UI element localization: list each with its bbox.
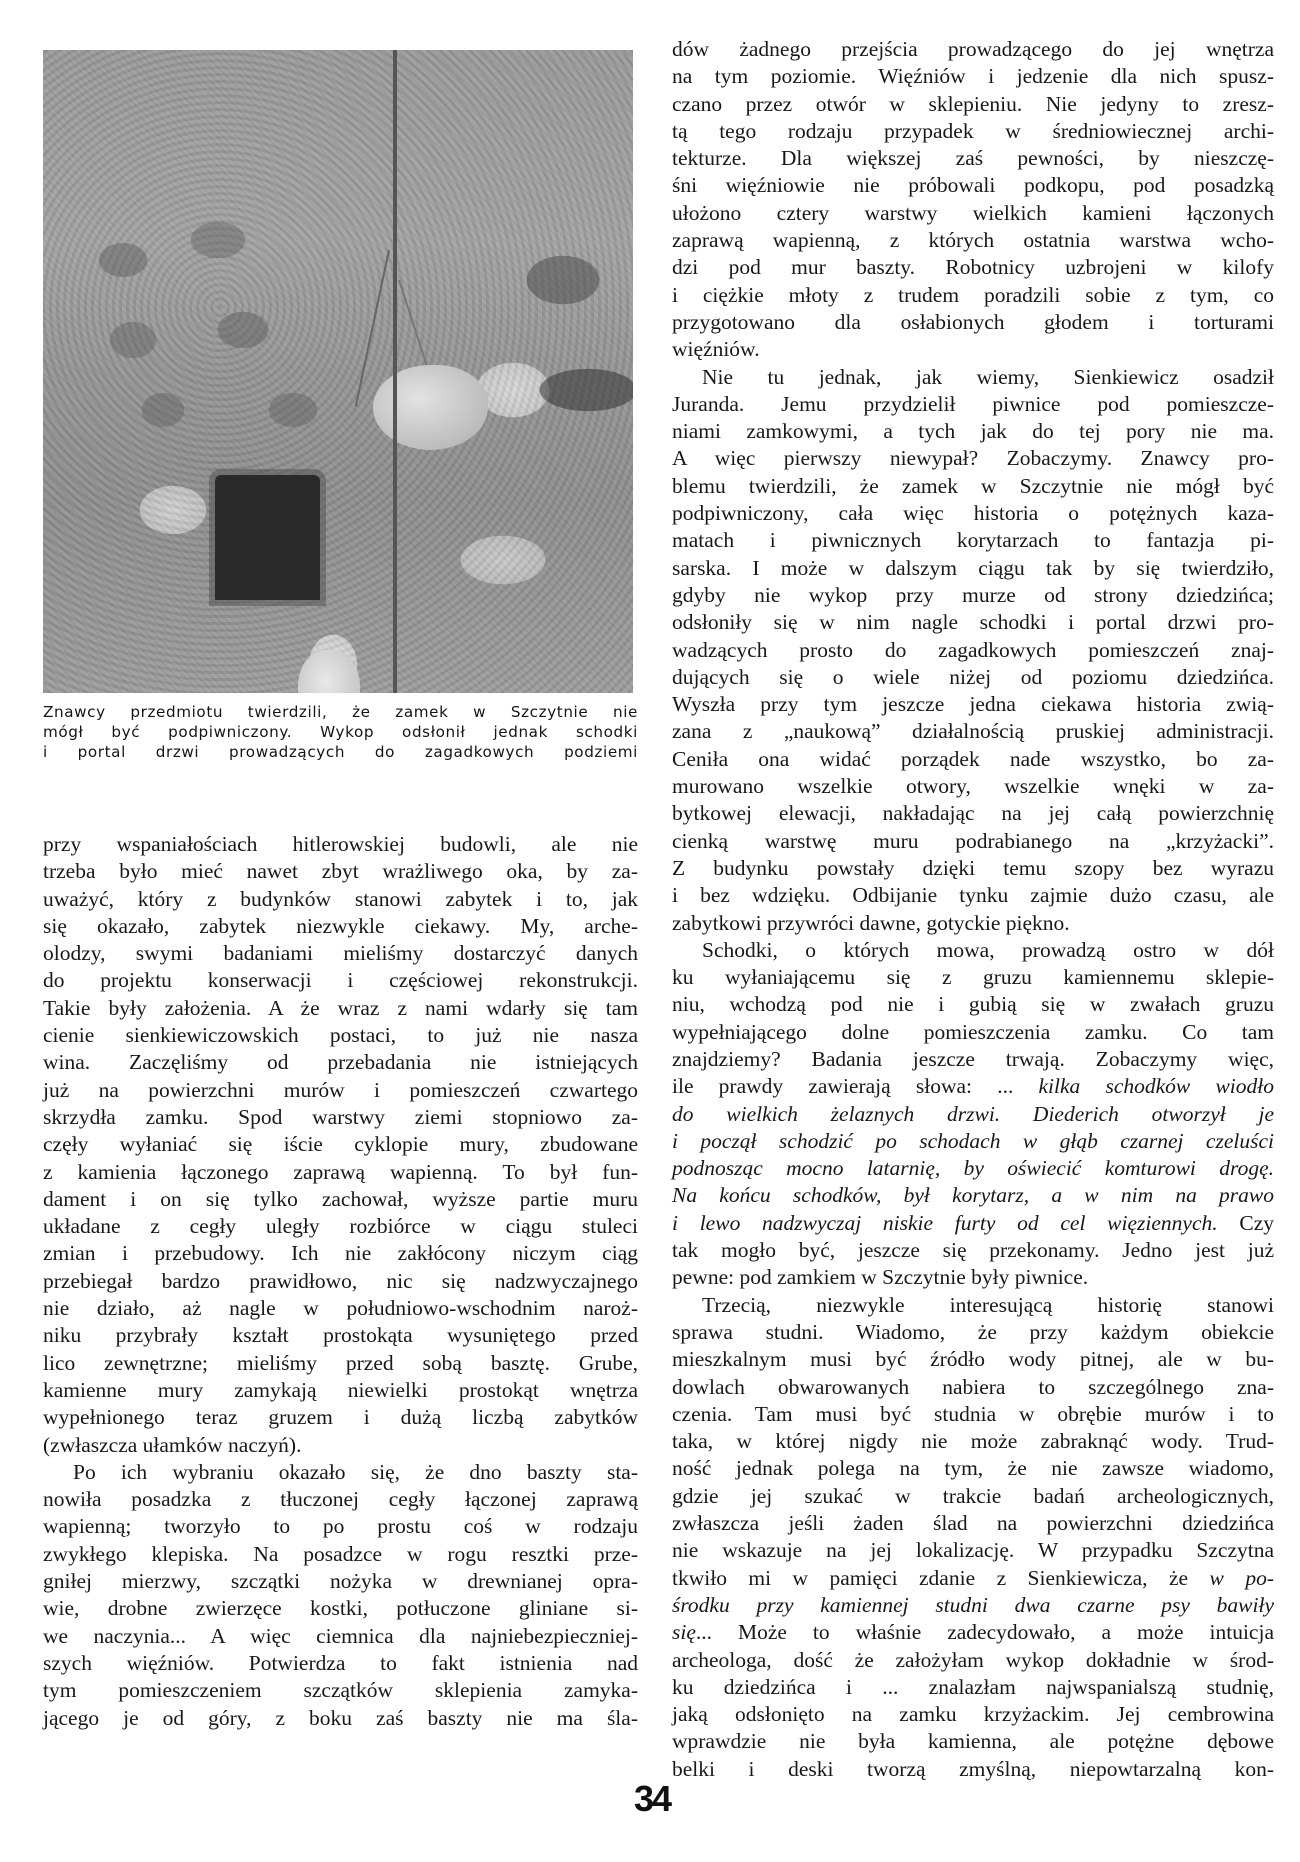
text-fragment: Czy [1218, 1211, 1274, 1235]
text-line: podpiwniczony, cała więc historia o potę… [672, 500, 1274, 527]
text-line: tą tego rodzaju przypadek w średniowiecz… [672, 118, 1274, 145]
text-line: sprawa studni. Wiadomo, że przy każdym o… [672, 1319, 1274, 1346]
text-line: nowiła posadzka z tłuczonej cegły łączon… [43, 1486, 638, 1513]
text-line: zabytkowi przywróci dawne, gotyckie pięk… [672, 910, 1274, 937]
text-line: wprawdzie nie była kamienna, ale potężne… [672, 1728, 1274, 1755]
quote-line: środku przy kamiennej studni dwa czarne … [672, 1592, 1274, 1619]
text-line: tym pomieszczeniem szczątków sklepienia … [43, 1677, 638, 1704]
paragraph-start-line: Po ich wybraniu okazało się, że dno basz… [43, 1459, 638, 1486]
text-line: Ceniła ona widać porządek nade wszystko,… [672, 746, 1274, 773]
text-line: czenia. Tam musi być studnia w obrębie m… [672, 1401, 1274, 1428]
text-fragment: tkwiło mi w pamięci zdanie z Sienkiewicz… [672, 1566, 1210, 1590]
quote-fragment: Na końcu schodków, był korytarz, a w nim… [672, 1183, 1274, 1207]
text-line: uważyć, który z budynków stanowi zabytek… [43, 886, 638, 913]
text-line: trzeba było mieć nawet zbyt wrażliwego o… [43, 858, 638, 885]
text-line: częły wyłaniać się iście cyklopie mury, … [43, 1131, 638, 1158]
quote-fragment: w po- [1210, 1566, 1274, 1590]
text-line: więźniów. [672, 336, 1274, 363]
text-line: cienką warstwę muru podrabianego na „krz… [672, 828, 1274, 855]
mixed-text-line: i lewo nadzwyczaj niskie furty od cel wi… [672, 1210, 1274, 1237]
text-line: dowlach obwarowanych nabiera to szczegól… [672, 1374, 1274, 1401]
text-line: tekturze. Dla większej zaś pewności, by … [672, 145, 1274, 172]
text-line: murowano wszelkie otwory, wszelkie wnęki… [672, 773, 1274, 800]
mixed-text-line: ile prawdy zawierają słowa: ... kilka sc… [672, 1073, 1274, 1100]
text-line: olodzy, swymi badaniami mieliśmy dostarc… [43, 940, 638, 967]
quote-fragment: środku przy kamiennej studni dwa czarne … [672, 1593, 1274, 1617]
text-line: i ciężkie młoty z trudem poradzili sobie… [672, 282, 1274, 309]
text-line: zwykłego klepiska. Na posadzce w rogu re… [43, 1541, 638, 1568]
quote-fragment: do wielkich żelaznych drzwi. Diederich o… [672, 1102, 1274, 1126]
text-line: się okazało, zabytek niezwykle ciekawy. … [43, 913, 638, 940]
text-line: Takie były założenia. A że wraz z nami w… [43, 995, 638, 1022]
text-line: Wyszła przy tym jeszcze jedna ciekawa hi… [672, 691, 1274, 718]
text-line: skrzydła zamku. Spod warstwy ziemi stopn… [43, 1104, 638, 1131]
mixed-text-line: się... Może to właśnie zadecydowało, a m… [672, 1619, 1274, 1646]
text-line: archeologa, dość że założyłam wykop dokł… [672, 1647, 1274, 1674]
text-line: sarska. I może w dalszym ciągu tak by si… [672, 555, 1274, 582]
text-line: już na powierzchni murów i pomieszczeń c… [43, 1077, 638, 1104]
quote-fragment: i lewo nadzwyczaj niskie furty od cel wi… [672, 1211, 1218, 1235]
text-line: dów żadnego przejścia prowadzącego do je… [672, 36, 1274, 63]
text-line: jącego je od góry, z boku zaś baszty nie… [43, 1705, 638, 1732]
photo-measuring-rod [393, 50, 397, 693]
text-line: zana z „naukową” działalnością pruskiej … [672, 718, 1274, 745]
text-line: zwłaszcza jeśli żaden ślad na powierzchn… [672, 1510, 1274, 1537]
text-line: we naczynia... A więc ciemnica dla najni… [43, 1623, 638, 1650]
text-line: nie wskazuje na jej lokalizację. W przyp… [672, 1537, 1274, 1564]
text-fragment: ile prawdy zawierają słowa: ... [672, 1074, 1039, 1098]
text-line: ność jednak polega na tym, że nie zawsze… [672, 1455, 1274, 1482]
text-line: matach i piwnicznych korytarzach to fant… [672, 527, 1274, 554]
text-line: ku dziedzińca i ... znalazłam najwspania… [672, 1674, 1274, 1701]
page-number: 34 [622, 1778, 682, 1820]
text-line: pewne: pod zamkiem w Szczytnie były piwn… [672, 1264, 1274, 1291]
quote-fragment: kilka schodków wiodło [1039, 1074, 1274, 1098]
text-line: zmian i przebudowy. Ich nie zakłócony ni… [43, 1240, 638, 1267]
photo-doorway [215, 475, 320, 600]
text-line: wadzących prosto do zagadkowych pomieszc… [672, 637, 1274, 664]
text-line: przebiegał bardzo prawidłowo, nic się na… [43, 1268, 638, 1295]
photo-caption: Znawcy przedmiotu twierdzili, że zamek w… [43, 702, 638, 762]
text-line: odsłoniły się w nim nagle schodki i port… [672, 609, 1274, 636]
quote-line: i począł schodzić po schodach w głąb cza… [672, 1128, 1274, 1155]
text-line: ułożono cztery warstwy wielkich kamieni … [672, 200, 1274, 227]
text-line: dujących się o wiele niżej od poziomu dz… [672, 664, 1274, 691]
photo-wall-stones [43, 50, 633, 693]
text-line: zaprawą wapienną, z których ostatnia war… [672, 227, 1274, 254]
text-fragment: ... Może to właśnie zadecydowało, a może… [696, 1620, 1274, 1644]
text-line: (zwłaszcza ułamków naczyń). [43, 1432, 638, 1459]
text-line: szych więźniów. Potwierdza to fakt istni… [43, 1650, 638, 1677]
text-line: jaką odsłonięto na zamku krzyżackim. Jej… [672, 1701, 1274, 1728]
text-line: niami zamkowymi, a tych jak do tej pory … [672, 418, 1274, 445]
quote-line: Na końcu schodków, był korytarz, a w nim… [672, 1182, 1274, 1209]
text-line: lico zewnętrzne; mieliśmy przed sobą bas… [43, 1350, 638, 1377]
excavation-photo [43, 50, 633, 693]
text-line: Z budynku powstały dzięki temu szopy bez… [672, 855, 1274, 882]
text-line: znajdziemy? Badania jeszcze trwają. Zoba… [672, 1046, 1274, 1073]
text-line: ku wyłaniającemu się z gruzu kamiennemu … [672, 964, 1274, 991]
quote-fragment: i począł schodzić po schodach w głąb cza… [672, 1129, 1274, 1153]
text-line: taka, w której nigdy nie może zabraknąć … [672, 1428, 1274, 1455]
text-line: wypełnionego teraz gruzem i dużą liczbą … [43, 1404, 638, 1431]
paragraph-start-line: Trzecią, niezwykle interesującą historię… [672, 1292, 1274, 1319]
text-line: wapienną; tworzyło to po prostu coś w ro… [43, 1513, 638, 1540]
mixed-text-line: tkwiło mi w pamięci zdanie z Sienkiewicz… [672, 1565, 1274, 1592]
text-line: cienie sienkiewiczowskich postaci, to ju… [43, 1022, 638, 1049]
paragraph-start-line: Schodki, o których mowa, prowadzą ostro … [672, 937, 1274, 964]
photo-boulder [373, 365, 488, 450]
text-line: blemu twierdzili, że zamek w Szczytnie n… [672, 473, 1274, 500]
text-line: przygotowano dla osłabionych głodem i to… [672, 309, 1274, 336]
text-line: wypełniającego dolne pomieszczenia zamku… [672, 1019, 1274, 1046]
left-column-text: przy wspaniałościach hitlerowskiej budow… [43, 831, 638, 1732]
text-line: przy wspaniałościach hitlerowskiej budow… [43, 831, 638, 858]
text-line: na tym poziomie. Więźniów i jedzenie dla… [672, 63, 1274, 90]
text-line: i bez wdzięku. Odbijanie tynku zajmie du… [672, 882, 1274, 909]
quote-line: podnosząc mocno latarnię, by oświecić ko… [672, 1155, 1274, 1182]
text-line: wie, drobne zwierzęce kostki, potłuczone… [43, 1595, 638, 1622]
paragraph-start-line: Nie tu jednak, jak wiemy, Sienkiewicz os… [672, 364, 1274, 391]
text-line: tak mogło być, jeszcze się przekonamy. J… [672, 1237, 1274, 1264]
text-line: gdzie jej szukać w trakcie badań archeol… [672, 1483, 1274, 1510]
text-line: Juranda. Jemu przydzielił piwnice pod po… [672, 391, 1274, 418]
text-line: A więc pierwszy niewypał? Zobaczymy. Zna… [672, 445, 1274, 472]
right-column-text: dów żadnego przejścia prowadzącego do je… [672, 36, 1274, 1783]
text-line: wina. Zaczęliśmy od przebadania nie istn… [43, 1049, 638, 1076]
text-line: bytkowej elewacji, nakładając na jej cał… [672, 800, 1274, 827]
text-line: układane z cegły uległy rozbiórce w ciąg… [43, 1213, 638, 1240]
text-line: niku przybrały kształt prostokąta wysuni… [43, 1322, 638, 1349]
caption-line: Znawcy przedmiotu twierdzili, że zamek w… [43, 702, 638, 722]
caption-line: i portal drzwi prowadzących do zagadkowy… [43, 742, 638, 762]
quote-fragment: się [672, 1620, 696, 1644]
text-line: dzi pod mur baszty. Robotnicy uzbrojeni … [672, 254, 1274, 281]
text-line: kamienne mury zamykają niewielki prostok… [43, 1377, 638, 1404]
text-line: gniłej mierzwy, szczątki nożyka w drewni… [43, 1568, 638, 1595]
text-line: nie działo, aż nagle w południowo-wschod… [43, 1295, 638, 1322]
quote-line: do wielkich żelaznych drzwi. Diederich o… [672, 1101, 1274, 1128]
caption-line: mógł być podpiwniczony. Wykop odsłonił j… [43, 722, 638, 742]
text-line: dament i on się tylko zachował, wyższe p… [43, 1186, 638, 1213]
text-line: czano przez otwór w sklepieniu. Nie jedy… [672, 91, 1274, 118]
text-line: gdyby nie wykop przy murze od strony dzi… [672, 582, 1274, 609]
text-line: do projektu konserwacji i częściowej rek… [43, 967, 638, 994]
text-line: śni więźniowie nie próbowali podkopu, po… [672, 172, 1274, 199]
text-line: niu, wchodzą pod nie i gubią się w zwała… [672, 991, 1274, 1018]
text-line: mieszkalnym musi być źródło wody pitnej,… [672, 1346, 1274, 1373]
quote-fragment: podnosząc mocno latarnię, by oświecić ko… [672, 1156, 1274, 1180]
text-line: z kamienia łączonego zaprawą wapienną. T… [43, 1159, 638, 1186]
text-line: belki i deski tworzą zmyślną, niepowtarz… [672, 1756, 1274, 1783]
